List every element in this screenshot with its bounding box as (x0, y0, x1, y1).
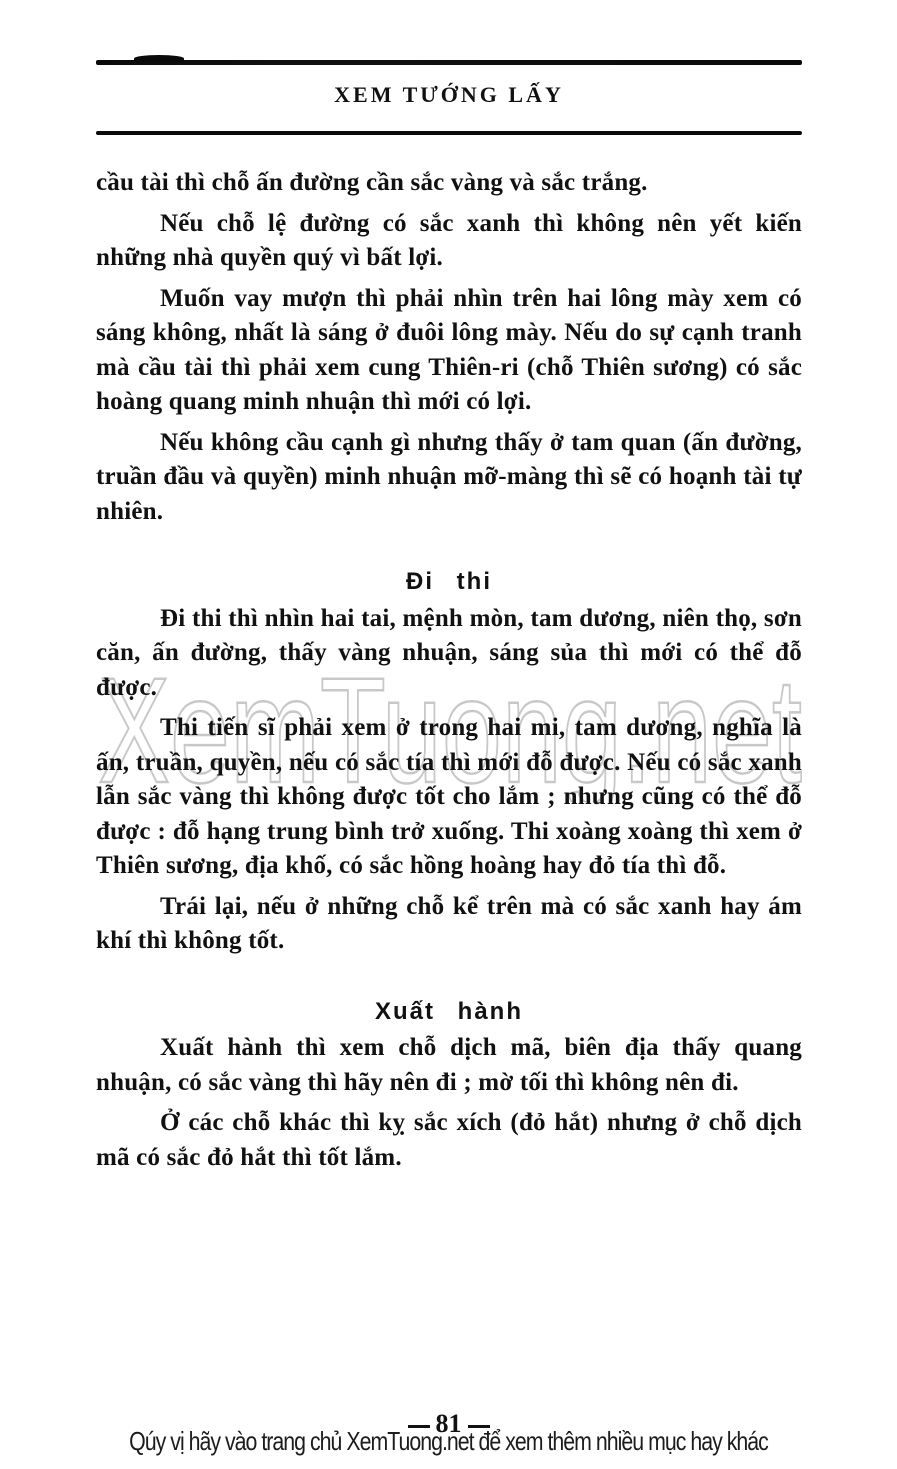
paragraph: Đi thi thì nhìn hai tai, mệnh mòn, tam d… (96, 602, 802, 706)
header-rule-bottom (96, 131, 802, 135)
section-heading-xuat-hanh: Xuất hành (96, 995, 802, 1030)
paragraph: Nếu chỗ lệ đường có sắc xanh thì không n… (96, 207, 802, 276)
paragraph: Xuất hành thì xem chỗ dịch mã, biên địa … (96, 1031, 802, 1100)
book-page: XEM TƯỚNG LẤY XemTuong.net cầu tài thì c… (0, 0, 897, 1469)
body-text: cầu tài thì chỗ ấn đường cần sắc vàng và… (96, 166, 802, 1175)
header-rule-top (96, 60, 802, 65)
paragraph: Ở các chỗ khác thì kỵ sắc xích (đỏ hắt) … (96, 1106, 802, 1175)
footer-caption: Qúy vị hãy vào trang chủ XemTuong.net để… (81, 1426, 817, 1457)
paragraph: cầu tài thì chỗ ấn đường cần sắc vàng và… (96, 166, 802, 201)
paragraph: Thi tiến sĩ phải xem ở trong hai mi, tam… (96, 711, 802, 884)
section-heading-di-thi: Đi thi (96, 565, 802, 600)
paragraph: Trái lại, nếu ở những chỗ kể trên mà có … (96, 890, 802, 959)
paragraph: Nếu không cầu cạnh gì nhưng thấy ở tam q… (96, 426, 802, 530)
running-head: XEM TƯỚNG LẤY (96, 82, 802, 108)
paragraph: Muốn vay mượn thì phải nhìn trên hai lôn… (96, 282, 802, 420)
